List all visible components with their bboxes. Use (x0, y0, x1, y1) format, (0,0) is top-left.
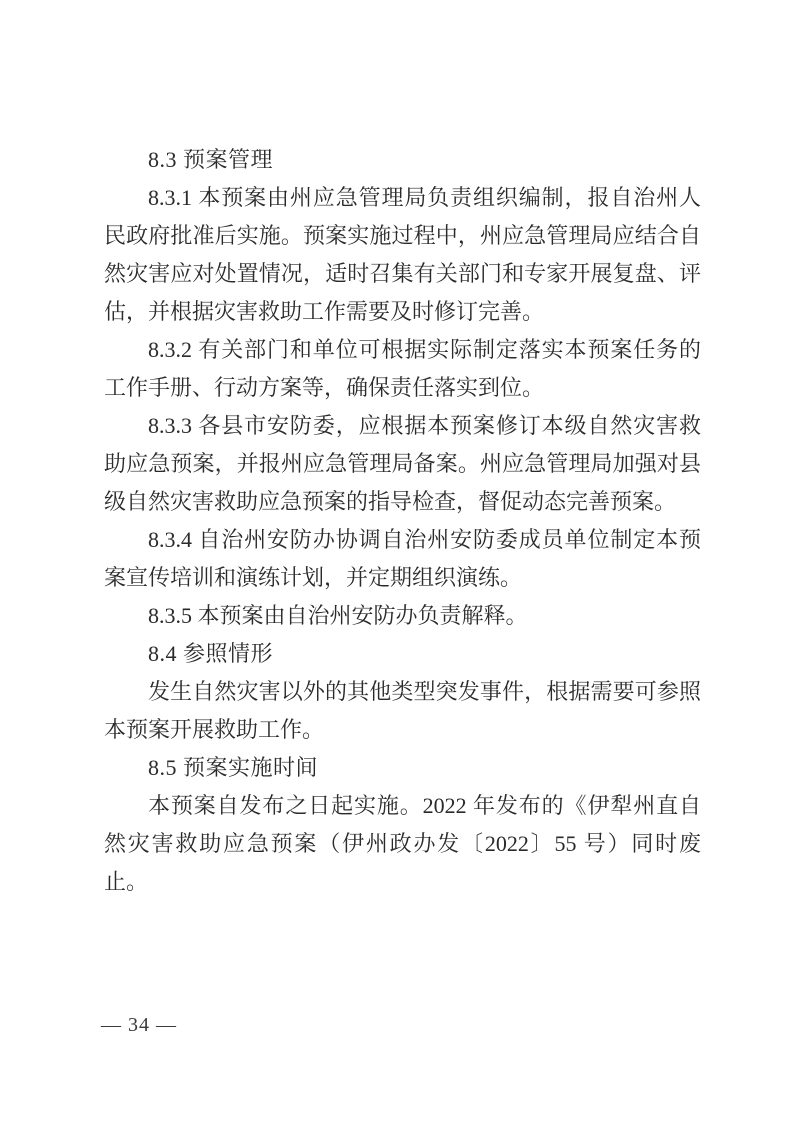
paragraph-8-3-5: 8.3.5 本预案由自治州安防办负责解释。 (104, 597, 701, 635)
paragraph-8-3-1: 8.3.1 本预案由州应急管理局负责组织编制，报自治州人民政府批准后实施。预案实… (104, 179, 701, 331)
paragraph-8-4-body: 发生自然灾害以外的其他类型突发事件，根据需要可参照本预案开展救助工作。 (104, 673, 701, 749)
paragraph-8-3-2: 8.3.2 有关部门和单位可根据实际制定落实本预案任务的工作手册、行动方案等，确… (104, 331, 701, 407)
section-heading-8-3: 8.3 预案管理 (104, 141, 701, 179)
paragraph-8-5-body: 本预案自发布之日起实施。2022 年发布的《伊犁州直自然灾害救助应急预案（伊州政… (104, 787, 701, 901)
paragraph-8-3-4: 8.3.4 自治州安防办协调自治州安防委成员单位制定本预案宣传培训和演练计划，并… (104, 521, 701, 597)
paragraph-8-3-3: 8.3.3 各县市安防委，应根据本预案修订本级自然灾害救助应急预案，并报州应急管… (104, 407, 701, 521)
page-number: — 34 — (101, 1014, 177, 1036)
page-footer: — 34 — (101, 1012, 177, 1038)
document-content: 8.3 预案管理 8.3.1 本预案由州应急管理局负责组织编制，报自治州人民政府… (104, 141, 701, 901)
section-heading-8-5: 8.5 预案实施时间 (104, 749, 701, 787)
section-heading-8-4: 8.4 参照情形 (104, 635, 701, 673)
document-page: 8.3 预案管理 8.3.1 本预案由州应急管理局负责组织编制，报自治州人民政府… (0, 0, 793, 1122)
